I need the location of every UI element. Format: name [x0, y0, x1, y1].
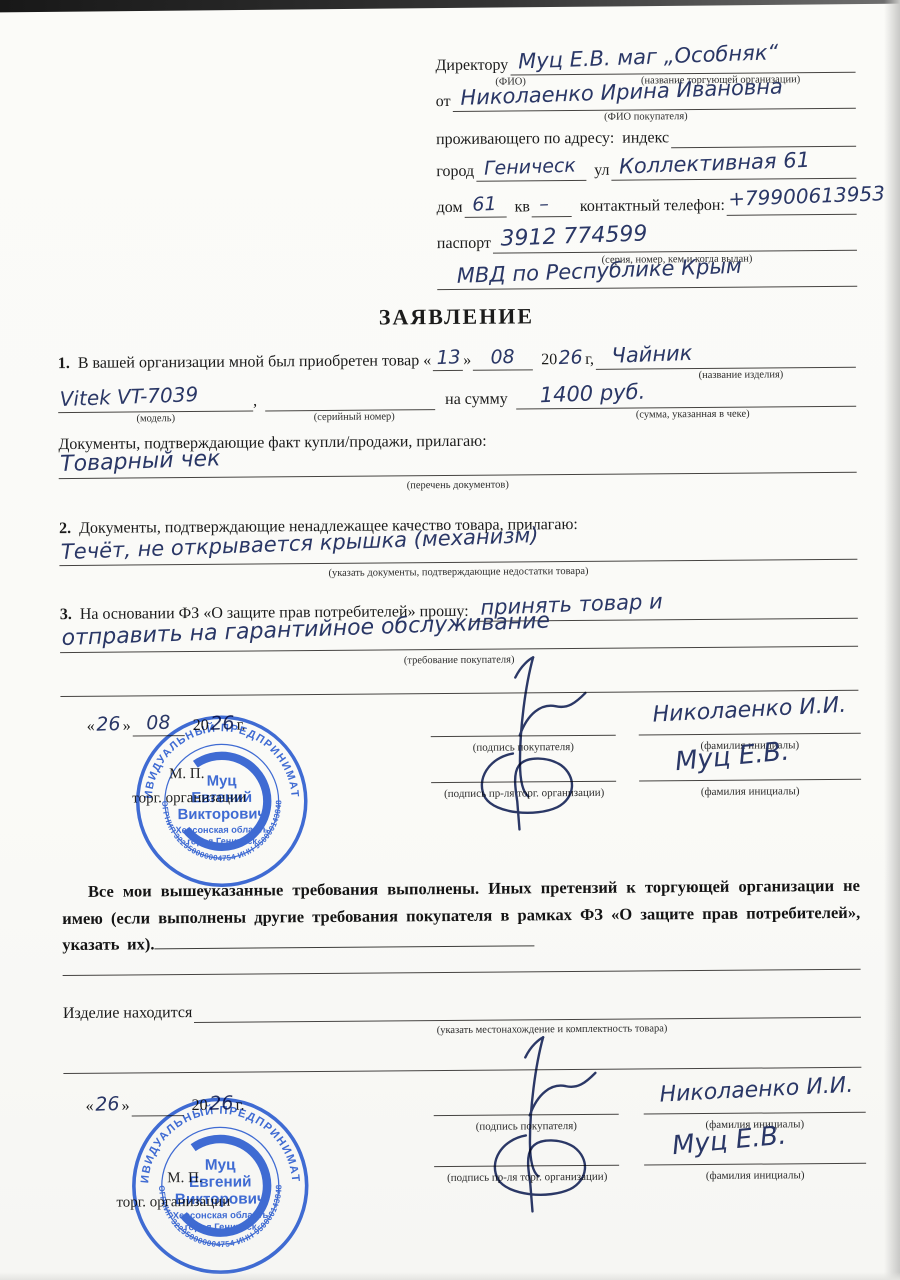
stamp-city: город Геническ	[185, 1222, 257, 1234]
street-field: Коллективная 61	[611, 152, 856, 181]
street-label: ул	[586, 162, 611, 181]
product-field: Чайник	[596, 341, 856, 370]
seller-signature-2	[482, 1125, 613, 1214]
docs-handwriting: Товарный чек	[60, 446, 221, 477]
seal-stamp-1: ИНДИВИДУАЛЬНЫЙ ПРЕДПРИНИМАТЕЛЬ ОГРНИП 32…	[134, 713, 310, 889]
stamp-name-line2: Евгений	[191, 790, 252, 806]
director-handwriting: Муц Е.В. маг „Особняк“	[517, 40, 778, 73]
serial-field	[265, 383, 435, 411]
address-row: проживающего по адресу: индекс	[436, 121, 856, 150]
scan-edge-bottom	[0, 1272, 900, 1280]
sum-note: (сумма, указанная в чеке)	[529, 408, 856, 422]
city-handwriting: Геническ	[483, 154, 576, 179]
passport-handwriting: 3912 774599	[500, 221, 648, 251]
demand-field-2: отправить на гарантийное обслуживание	[60, 620, 858, 653]
sig1-day-handwriting: 26	[96, 713, 121, 736]
buyer-name-line-2	[644, 1112, 866, 1115]
from-field: Николаенко Ирина Ивановна	[452, 82, 855, 112]
spacer	[439, 410, 529, 422]
item1-year-prefix: 20	[533, 351, 559, 370]
city-label: город	[436, 163, 476, 182]
passport-label: паспорт	[437, 235, 493, 254]
docs-field-row: Товарный чек	[59, 447, 857, 479]
item3-number: 3.	[60, 606, 80, 625]
street-handwriting: Коллективная 61	[619, 148, 811, 179]
house-handwriting: 61	[472, 193, 497, 216]
name-note-2: (фамилия инициалы)	[639, 785, 861, 799]
model-handwriting: Vitek VT-7039	[59, 382, 198, 411]
stamp-name-line3: Викторович	[175, 1190, 266, 1208]
item1-year-suffix: г,	[585, 351, 596, 370]
city-row: город Геническ ул Коллективная 61	[436, 153, 856, 182]
item2-field-row: Течёт, не открывается крышка (механизм)	[59, 534, 857, 566]
director-field: Муц Е.В. маг „Особняк“	[510, 46, 855, 76]
sig2-day: 26	[96, 1091, 122, 1117]
docs-field: Товарный чек	[59, 446, 857, 479]
index-field	[671, 120, 856, 148]
purchase-day-handwriting: 13	[436, 346, 461, 369]
stamp-region: Херсонская область	[175, 824, 268, 835]
serial-note: (серийный номер)	[269, 411, 439, 423]
seller-signature-1	[469, 743, 600, 832]
stamp-name-line2: Евгений	[189, 1173, 252, 1190]
house-field: 61	[464, 191, 506, 218]
address-label: проживающего по адресу: индекс	[436, 129, 671, 150]
phone-field: +79900613953	[727, 188, 857, 216]
director-label: Директору	[435, 57, 510, 77]
close-quote: »	[123, 717, 133, 736]
apt-handwriting: –	[539, 193, 549, 215]
defect-field: Течёт, не открывается крышка (механизм)	[59, 533, 857, 566]
sig1-day: 26	[97, 711, 123, 737]
item1-close-quote: »	[463, 352, 473, 371]
scan-edge-right	[884, 0, 900, 1280]
buyer-name-1: Николаенко И.И.	[652, 693, 847, 728]
item2-note-row: (указать документы, подтверждающие недос…	[59, 564, 857, 581]
sig2-day-handwriting: 26	[95, 1093, 120, 1116]
blank-ruled-line-2	[63, 969, 861, 976]
item2-number: 2.	[59, 520, 79, 539]
house-label: дом	[437, 199, 465, 218]
docs-note-row: (перечень документов)	[59, 477, 857, 494]
product-handwriting: Чайник	[611, 341, 693, 368]
phone-label: контактный телефон:	[572, 197, 727, 217]
seal-stamp-2: ИНДИВИДУАЛЬНЫЙ ПРЕДПРИНИМАТЕЛЬ ОГРНИП 32…	[130, 1095, 311, 1276]
from-row: от Николаенко Ирина Ивановна	[436, 83, 856, 112]
buyer-name-2: Николаенко И.И.	[659, 1073, 854, 1108]
stamp-region: Херсонская область	[173, 1210, 269, 1222]
buyer-name-line	[639, 733, 861, 736]
item1-lead: В вашей организации мной был приобретен …	[78, 352, 434, 374]
passport-row: паспорт 3912 774599	[437, 225, 857, 254]
seller-name-line-2	[644, 1163, 866, 1166]
city-field: Геническ	[476, 154, 586, 182]
spacer	[253, 412, 269, 423]
passport-field: 3912 774599	[493, 224, 857, 254]
sum-field: 1400 руб.	[516, 380, 857, 410]
purchase-day-field: 13	[433, 344, 463, 371]
item1-number: 1.	[58, 355, 78, 374]
sum-label: на сумму	[435, 390, 516, 410]
item3-field-row: отправить на гарантийное обслуживание	[60, 621, 858, 653]
stamp-name-line3: Викторович	[178, 806, 267, 823]
location-label: Изделие находится	[63, 1004, 195, 1024]
scan-content: Директору Муц Е.В. маг „Особняк“ (ФИО) (…	[0, 0, 900, 1280]
director-row: Директору Муц Е.В. маг „Особняк“	[435, 47, 855, 76]
location-row: Изделие находится	[63, 992, 861, 1024]
phone-handwriting: +79900613953	[728, 181, 885, 211]
purchase-year-field: 26	[559, 344, 585, 370]
apt-label: кв	[507, 198, 532, 217]
apt-field: –	[532, 190, 572, 217]
stamp-city: город Геническ	[187, 836, 257, 847]
name-note-4: (фамилия инициалы)	[644, 1169, 866, 1183]
claims-blank-line	[154, 932, 534, 950]
blank-ruled-line-3	[63, 1067, 861, 1074]
sum-handwriting: 1400 руб.	[539, 380, 645, 408]
house-row: дом 61 кв – контактный телефон: +7990061…	[436, 189, 856, 218]
stamp-name-line1: Муц	[205, 1156, 236, 1173]
from-label: от	[436, 93, 453, 112]
purchase-year-handwriting: 26	[558, 346, 583, 369]
item2-note: (указать документы, подтверждающие недос…	[59, 564, 857, 581]
purchase-month-handwriting: 08	[490, 346, 515, 369]
page-title: ЗАЯВЛЕНИЕ	[57, 301, 855, 333]
claims-paragraph: Все мои вышеуказанные требования выполне…	[62, 873, 861, 959]
model-field: Vitek VT-7039	[58, 385, 253, 414]
scanned-document-page: Директору Муц Е.В. маг „Особняк“ (ФИО) (…	[0, 0, 900, 1280]
issuer-row: МВД по Республике Крым	[437, 261, 857, 290]
location-field	[194, 991, 861, 1023]
docs-note: (перечень документов)	[59, 477, 857, 494]
seller-name-line	[639, 779, 861, 782]
purchase-month-field: 08	[473, 343, 533, 370]
stamp-name-line1: Муц	[207, 773, 237, 789]
item1-comma: ,	[253, 392, 259, 411]
issuer-field: МВД по Республике Крым	[437, 260, 857, 290]
model-note: (модель)	[58, 413, 253, 426]
